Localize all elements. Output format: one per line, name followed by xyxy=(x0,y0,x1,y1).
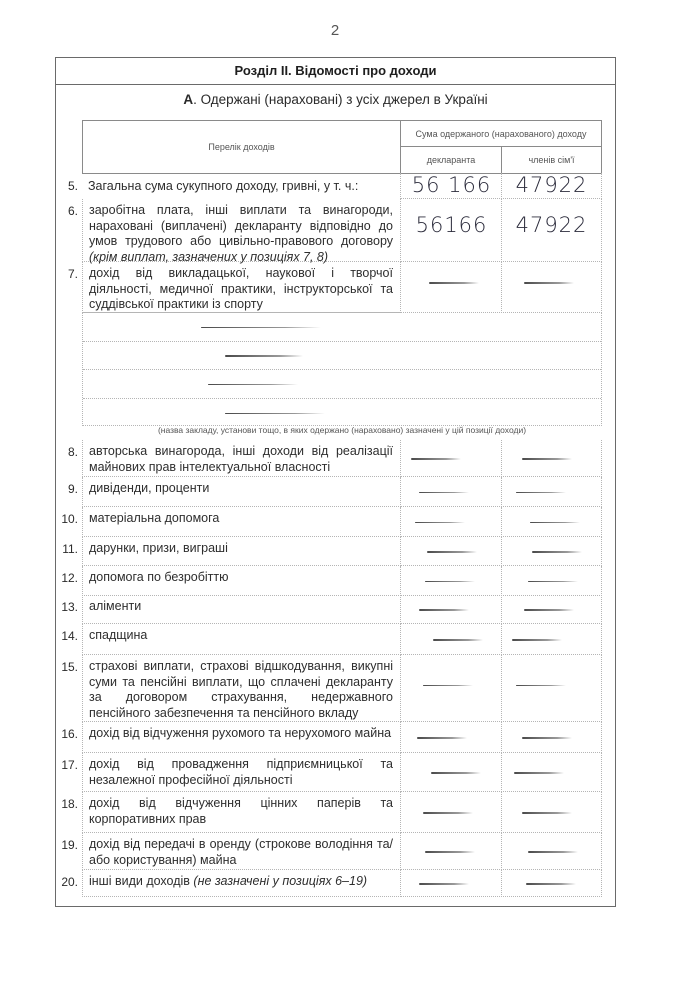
row-label-text: авторська винагорода, інші доходи від ре… xyxy=(89,444,393,474)
handwritten-dash xyxy=(425,581,475,583)
family-amount-cell[interactable] xyxy=(501,507,602,537)
declarant-amount-cell[interactable] xyxy=(400,655,502,722)
declarant-amount-cell[interactable] xyxy=(400,833,502,870)
handwritten-dash xyxy=(417,737,467,739)
family-amount-cell[interactable] xyxy=(501,792,602,833)
row-label: дивіденди, проценти xyxy=(82,477,401,507)
row-label-text: дарунки, призи, виграші xyxy=(89,541,228,555)
row-label: дохід від відчуження цінних паперів та к… xyxy=(82,792,401,833)
declarant-amount-cell[interactable] xyxy=(400,722,502,753)
handwritten-dash xyxy=(526,883,576,885)
handwritten-dash xyxy=(201,327,321,329)
row-label: спадщина xyxy=(82,624,401,655)
row-label-text: матеріальна допомога xyxy=(89,511,219,525)
family-amount-cell[interactable] xyxy=(501,595,602,624)
row-label: дохід від провадження підприємницької та… xyxy=(82,753,401,792)
family-amount-cell[interactable] xyxy=(501,566,602,596)
table-row: 9.дивіденди, проценти xyxy=(82,477,602,507)
declarant-amount-cell[interactable] xyxy=(400,537,502,566)
row-label-text: страхові виплати, страхові відшкодування… xyxy=(89,659,393,720)
table-row: 20.інші види доходів (не зазначені у поз… xyxy=(82,870,602,897)
row-number: 6. xyxy=(60,204,78,218)
page-number: 2 xyxy=(0,22,670,39)
table-row: 5.Загальна сума сукупного доходу, гривні… xyxy=(82,173,602,199)
handwritten-dash xyxy=(516,492,566,494)
subsection-letter: А xyxy=(183,92,193,107)
handwritten-dash xyxy=(512,639,562,641)
row-number: 19. xyxy=(60,838,78,852)
row-number: 17. xyxy=(60,758,78,772)
family-amount-cell[interactable] xyxy=(501,870,602,897)
handwritten-dash xyxy=(514,772,564,774)
declarant-amount-cell[interactable] xyxy=(400,507,502,537)
family-amount-cell[interactable] xyxy=(501,753,602,792)
handwritten-amount: 56166 xyxy=(401,213,502,237)
handwritten-dash xyxy=(419,492,469,494)
table-row: 16.дохід від відчуження рухомого та неру… xyxy=(82,722,602,753)
row-label-text: дохід від відчуження цінних паперів та к… xyxy=(89,796,393,826)
header-family: членів сім'ї xyxy=(501,146,602,174)
handwritten-dash xyxy=(411,458,461,460)
row-number: 12. xyxy=(60,571,78,585)
family-amount-cell[interactable] xyxy=(501,477,602,507)
handwritten-amount: 56 166 xyxy=(401,173,502,197)
handwritten-dash xyxy=(225,355,303,357)
institution-name-field[interactable] xyxy=(83,313,601,342)
row-label-text: дохід від передачі в оренду (строкове во… xyxy=(89,837,393,867)
row-number: 9. xyxy=(60,482,78,496)
row-number: 16. xyxy=(60,727,78,741)
row-label-text: дивіденди, проценти xyxy=(89,481,209,495)
row-label: аліменти xyxy=(82,595,401,624)
row-label: авторська винагорода, інші доходи від ре… xyxy=(82,440,401,477)
table-row: 8.авторська винагорода, інші доходи від … xyxy=(82,440,602,477)
declarant-amount-cell[interactable]: 56 166 xyxy=(400,173,502,199)
family-amount-cell[interactable]: 47922 xyxy=(501,173,602,199)
handwritten-dash xyxy=(522,737,572,739)
header-income-list: Перелік доходів xyxy=(82,120,401,174)
row-number: 10. xyxy=(60,512,78,526)
header-declarant: декларанта xyxy=(400,146,502,174)
handwritten-dash xyxy=(516,685,566,687)
family-amount-cell[interactable] xyxy=(501,440,602,477)
handwritten-dash xyxy=(524,282,574,284)
handwritten-dash xyxy=(528,851,578,853)
table-row: 18.дохід від відчуження цінних паперів т… xyxy=(82,792,602,833)
row-label: інші види доходів (не зазначені у позиці… xyxy=(82,870,401,897)
row-label-text: дохід від відчуження рухомого та нерухом… xyxy=(89,726,391,740)
family-amount-cell[interactable] xyxy=(501,262,602,313)
row-label: допомога по безробіттю xyxy=(82,566,401,596)
row-label-text: Загальна сума сукупного доходу, гривні, … xyxy=(88,179,358,193)
table-row: 19.дохід від передачі в оренду (строкове… xyxy=(82,833,602,870)
declarant-amount-cell[interactable] xyxy=(400,624,502,655)
family-amount-cell[interactable] xyxy=(501,624,602,655)
institution-caption: (назва закладу, установи тощо, в яких од… xyxy=(82,425,602,435)
handwritten-dash xyxy=(530,522,580,524)
declarant-amount-cell[interactable]: 56166 xyxy=(400,199,502,262)
declarant-amount-cell[interactable] xyxy=(400,262,502,313)
row-number: 14. xyxy=(60,629,78,643)
handwritten-dash xyxy=(522,812,572,814)
handwritten-dash xyxy=(423,685,473,687)
row-number: 8. xyxy=(60,445,78,459)
row-label: страхові виплати, страхові відшкодування… xyxy=(82,655,401,722)
table-row: 13.аліменти xyxy=(82,595,602,624)
family-amount-cell[interactable]: 47922 xyxy=(501,199,602,262)
handwritten-amount: 47922 xyxy=(502,213,601,237)
declarant-amount-cell[interactable] xyxy=(400,440,502,477)
handwritten-dash xyxy=(415,522,465,524)
table-row: 11.дарунки, призи, виграші xyxy=(82,537,602,566)
family-amount-cell[interactable] xyxy=(501,655,602,722)
handwritten-amount: 47922 xyxy=(502,173,601,197)
subsection-text: . Одержані (нараховані) з усіх джерел в … xyxy=(193,92,488,107)
table-row: 15.страхові виплати, страхові відшкодува… xyxy=(82,655,602,722)
declarant-amount-cell[interactable] xyxy=(400,566,502,596)
row-number: 20. xyxy=(60,875,78,889)
declarant-amount-cell[interactable] xyxy=(400,870,502,897)
row-label: дохід від викладацької, наукової і творч… xyxy=(82,262,401,313)
table-row: 14.спадщина xyxy=(82,624,602,655)
handwritten-dash xyxy=(225,413,325,415)
row-label: дохід від відчуження рухомого та нерухом… xyxy=(82,722,401,753)
row-label-text: дохід від провадження підприємницької та… xyxy=(89,757,393,787)
row-label: дарунки, призи, виграші xyxy=(82,537,401,566)
institution-name-field[interactable] xyxy=(83,399,601,428)
row-number: 13. xyxy=(60,600,78,614)
row-label-text: інші види доходів xyxy=(89,874,190,888)
row-number: 7. xyxy=(60,267,78,281)
declarant-amount-cell[interactable] xyxy=(400,477,502,507)
row-label-text: заробітна плата, інші виплати та винагор… xyxy=(89,203,393,248)
handwritten-dash xyxy=(419,609,469,611)
handwritten-dash xyxy=(427,551,477,553)
row-label-text: дохід від викладацької, наукової і творч… xyxy=(89,266,393,311)
declarant-amount-cell[interactable] xyxy=(400,792,502,833)
row-label-note: (не зазначені у позиціях 6–19) xyxy=(193,874,367,888)
handwritten-dash xyxy=(532,551,582,553)
row-label-text: спадщина xyxy=(89,628,147,642)
handwritten-dash xyxy=(208,384,298,386)
handwritten-dash xyxy=(524,609,574,611)
row-label-text: допомога по безробіттю xyxy=(89,570,229,584)
row-label: дохід від передачі в оренду (строкове во… xyxy=(82,833,401,870)
family-amount-cell[interactable] xyxy=(501,537,602,566)
row-label: матеріальна допомога xyxy=(82,507,401,537)
handwritten-dash xyxy=(433,639,483,641)
table-row: 6.заробітна плата, інші виплати та винаг… xyxy=(82,199,602,262)
handwritten-dash xyxy=(423,812,473,814)
family-amount-cell[interactable] xyxy=(501,722,602,753)
handwritten-dash xyxy=(431,772,481,774)
table-row: 7.дохід від викладацької, наукової і тво… xyxy=(82,262,602,313)
family-amount-cell[interactable] xyxy=(501,833,602,870)
row-number: 18. xyxy=(60,797,78,811)
institution-name-field[interactable] xyxy=(83,370,601,399)
row-number: 15. xyxy=(60,660,78,674)
table-row: 12.допомога по безробіттю xyxy=(82,566,602,596)
subsection-title: А. Одержані (нараховані) з усіх джерел в… xyxy=(56,92,615,107)
header-sum: Сума одержаного (нарахованого) доходу xyxy=(400,120,602,147)
institution-name-field[interactable] xyxy=(83,342,601,371)
handwritten-dash xyxy=(528,581,578,583)
row-label: заробітна плата, інші виплати та винагор… xyxy=(82,199,401,262)
row-number: 5. xyxy=(60,179,78,193)
declarant-amount-cell[interactable] xyxy=(400,753,502,792)
section-title: Розділ II. Відомості про доходи xyxy=(56,58,615,85)
table-row: 10.матеріальна допомога xyxy=(82,507,602,537)
handwritten-dash xyxy=(522,458,572,460)
institution-names-block xyxy=(82,312,602,426)
handwritten-dash xyxy=(419,883,469,885)
row-number: 11. xyxy=(60,542,78,556)
handwritten-dash xyxy=(425,851,475,853)
row-label: Загальна сума сукупного доходу, гривні, … xyxy=(82,173,401,199)
declarant-amount-cell[interactable] xyxy=(400,595,502,624)
handwritten-dash xyxy=(429,282,479,284)
row-label-text: аліменти xyxy=(89,599,141,613)
table-row: 17.дохід від провадження підприємницької… xyxy=(82,753,602,792)
